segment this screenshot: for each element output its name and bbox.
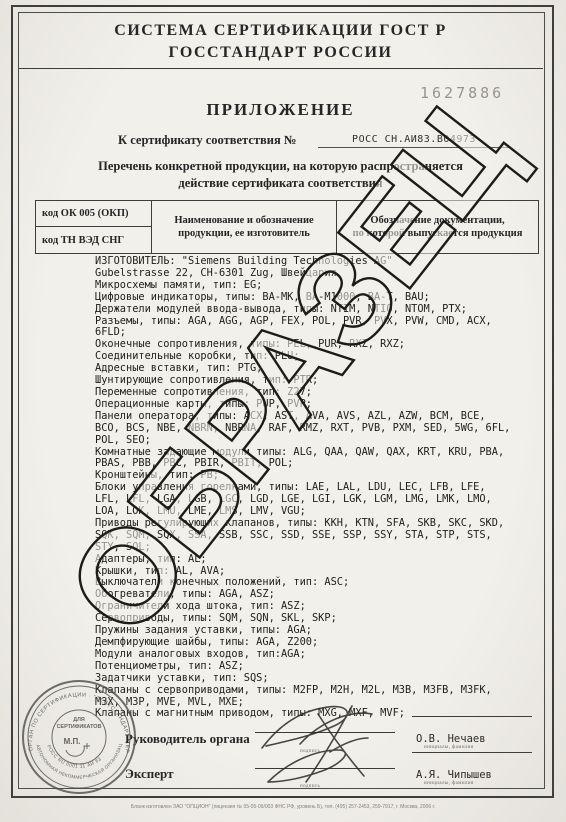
product-line: Микросхемы памяти, тип: EG; bbox=[95, 280, 540, 292]
certificate-label: К сертификату соответствия № bbox=[118, 133, 296, 148]
page-title: ПРИЛОЖЕНИЕ bbox=[20, 100, 541, 120]
signature-caption-2: подпись bbox=[300, 784, 320, 789]
table-header: код ОК 005 (ОКП) код ТН ВЭД СНГ Наименов… bbox=[35, 200, 539, 254]
product-line: Клапаны с магнитным приводом, типы: MXG,… bbox=[95, 708, 540, 720]
subtitle-line2: действие сертификата соответствия bbox=[20, 176, 541, 191]
header-line2: ГОССТАНДАРТ РОССИИ bbox=[20, 44, 541, 62]
product-lines: ИЗГОТОВИТЕЛЬ: "Siemens Building Technolo… bbox=[95, 256, 540, 720]
name-line-1 bbox=[412, 716, 532, 717]
product-line: Цифровые индикаторы, типы: BA-MK, BA-M10… bbox=[95, 292, 540, 304]
product-line: Задатчики уставки, тип: SQS; bbox=[95, 673, 540, 685]
product-line: Разъемы, типы: AGA, AGG, AGP, FEX, POL, … bbox=[95, 316, 540, 328]
product-line: Адаптеры, тип: AL; bbox=[95, 554, 540, 566]
product-header-line1: Наименование и обозначение bbox=[152, 214, 336, 227]
expert-label: Эксперт bbox=[125, 766, 173, 782]
signature-line-2 bbox=[255, 768, 395, 769]
product-header-line2: продукции, ее изготовитель bbox=[152, 227, 336, 240]
code-tnved-label: код ТН ВЭД СНГ bbox=[36, 227, 151, 253]
docs-header-line1: Обозначение документации, bbox=[337, 214, 538, 227]
table-col-codes: код ОК 005 (ОКП) код ТН ВЭД СНГ bbox=[36, 201, 152, 253]
signature-caption-1: подпись bbox=[300, 749, 320, 754]
product-line: Клапаны с сервоприводами, типы: M2FP, M2… bbox=[95, 685, 540, 697]
signature-line-1 bbox=[255, 732, 395, 733]
docs-header-line2: по которой выпускается продукция bbox=[337, 227, 538, 240]
table-col-product: Наименование и обозначение продукции, ее… bbox=[152, 201, 337, 253]
name-caption-1: инициалы, фамилия bbox=[424, 745, 474, 750]
product-line: BCO, BCS, NBE, NBRN, NBRNA, RAF, RMZ, RX… bbox=[95, 423, 540, 435]
product-line: Потенциометры, тип: ASZ; bbox=[95, 661, 540, 673]
subtitle-line1: Перечень конкретной продукции, на котору… bbox=[20, 159, 541, 174]
name-line-2 bbox=[412, 752, 532, 753]
expert-name: А.Я. Чипышев bbox=[416, 769, 492, 781]
header-divider bbox=[19, 68, 543, 69]
product-line: Держатели модулей ввода-вывода, типы: NT… bbox=[95, 304, 540, 316]
head-of-body-label: Руководитель органа bbox=[125, 731, 250, 747]
code-okp-label: код ОК 005 (ОКП) bbox=[36, 201, 151, 227]
name-caption-2: инициалы, фамилия bbox=[424, 781, 474, 786]
print-shop-note: Бланк изготовлен ЗАО "ОПЦИОН" (лицензия … bbox=[73, 804, 493, 810]
table-col-docs: Обозначение документации, по которой вып… bbox=[337, 201, 538, 253]
product-line: POL, SEO; bbox=[95, 435, 540, 447]
product-line: Операционные карты, типы: PUP, PVP; bbox=[95, 399, 540, 411]
certificate-number: РОСС CH.АИ83.В04973 bbox=[318, 134, 510, 148]
head-of-body-name: О.В. Нечаев bbox=[416, 733, 486, 745]
header-line1: СИСТЕМА СЕРТИФИКАЦИИ ГОСТ Р bbox=[20, 22, 541, 40]
product-line: SQK, SQM, SQX, SSA, SSB, SSC, SSD, SSE, … bbox=[95, 530, 540, 542]
certificate-page: СИСТЕМА СЕРТИФИКАЦИИ ГОСТ Р ГОССТАНДАРТ … bbox=[0, 0, 566, 822]
product-line: Панели оператора, типы: ACX, AST, AVA, A… bbox=[95, 411, 540, 423]
product-line: STY, SQL; bbox=[95, 542, 540, 554]
